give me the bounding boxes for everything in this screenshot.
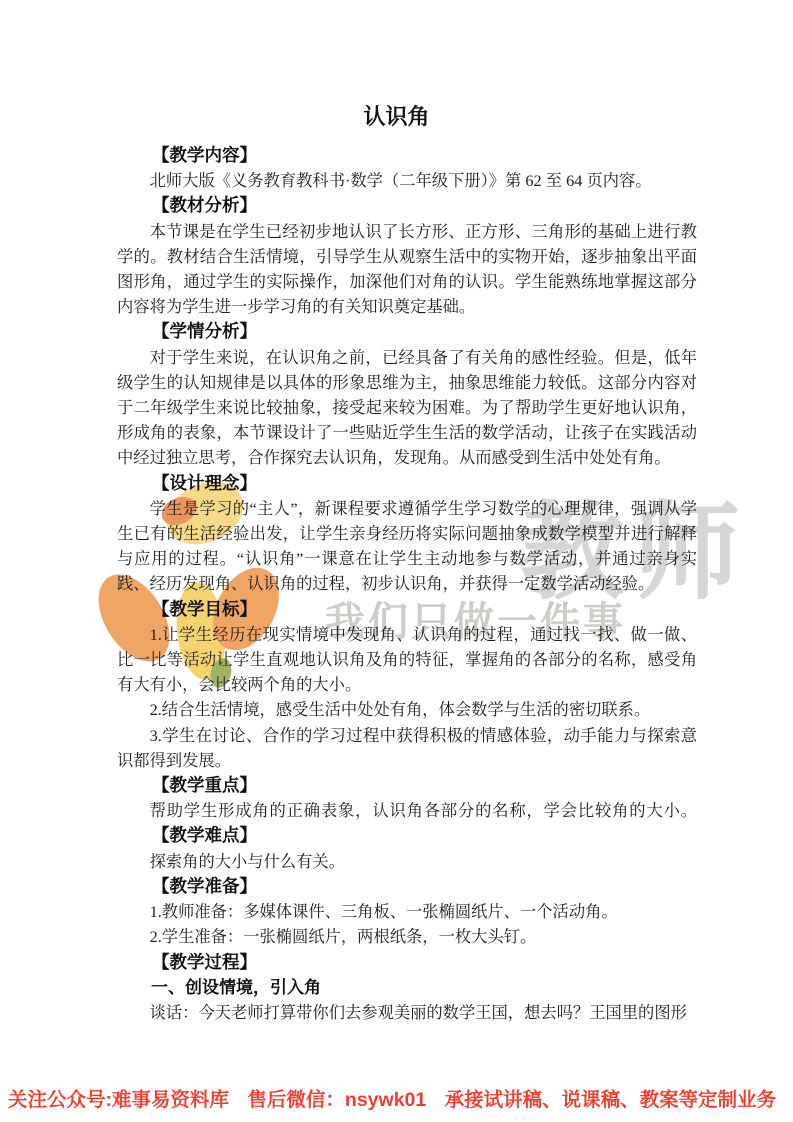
section-heading-teaching-content: 【教学内容】 (117, 143, 697, 168)
process-step-subheading: 一、创设情境，引入角 (117, 975, 697, 1000)
paragraph: 2.学生准备：一张椭圆纸片，两根纸条，一枚大头钉。 (117, 924, 697, 949)
paragraph: 1.让学生经历在现实情境中发现角、认识角的过程，通过找一找、做一做、比一比等活动… (117, 622, 697, 698)
footer-wechat-text: 售后微信：nsywk01 (247, 1089, 426, 1111)
paragraph: 探索角的大小与什么有关。 (117, 849, 697, 874)
document-page: 教师 我们只做一件事 认识角 【教学内容】 北师大版《义务教育教科书·数学（二年… (0, 0, 793, 1122)
footer-services-text: 承接试讲稿、说课稿、教案等定制业务 (445, 1089, 777, 1111)
paragraph: 1.教师准备：多媒体课件、三角板、一张椭圆纸片、一个活动角。 (117, 899, 697, 924)
section-heading-learner-analysis: 【学情分析】 (117, 319, 697, 344)
paragraph: 谈话：今天老师打算带你们去参观美丽的数学王国，想去吗？王国里的图形 (117, 1000, 697, 1025)
paragraph: 对于学生来说，在认识角之前，已经具备了有关角的感性经验。但是，低年级学生的认知规… (117, 345, 697, 471)
footer-banner: 关注公众号:难事易资料库 售后微信：nsywk01 承接试讲稿、说课稿、教案等定… (8, 1084, 776, 1112)
page-title: 认识角 (0, 100, 793, 131)
section-heading-teaching-key-point: 【教学重点】 (117, 773, 697, 798)
paragraph: 北师大版《义务教育教科书·数学（二年级下册）》第 62 至 64 页内容。 (117, 168, 697, 193)
paragraph: 2.结合生活情境，感受生活中处处有角，体会数学与生活的密切联系。 (117, 697, 697, 722)
paragraph: 学生是学习的“主人”，新课程要求遵循学生学习数学的心理规律，强调从学生已有的生活… (117, 496, 697, 597)
section-heading-teaching-difficulty: 【教学难点】 (117, 823, 697, 848)
paragraph: 本节课是在学生已经初步地认识了长方形、正方形、三角形的基础上进行教学的。教材结合… (117, 219, 697, 320)
paragraph: 3.学生在讨论、合作的学习过程中获得积极的情感体验，动手能力与探索意识都得到发展… (117, 723, 697, 773)
document-body: 【教学内容】 北师大版《义务教育教科书·数学（二年级下册）》第 62 至 64 … (117, 143, 697, 1025)
section-heading-teaching-goals: 【教学目标】 (117, 597, 697, 622)
section-heading-teaching-process: 【教学过程】 (117, 950, 697, 975)
section-heading-teaching-preparation: 【教学准备】 (117, 874, 697, 899)
section-heading-material-analysis: 【教材分析】 (117, 193, 697, 218)
footer-public-account-text: 关注公众号:难事易资料库 (8, 1089, 229, 1111)
section-heading-design-concept: 【设计理念】 (117, 471, 697, 496)
paragraph: 帮助学生形成角的正确表象，认识角各部分的名称，学会比较角的大小。 (117, 798, 697, 823)
